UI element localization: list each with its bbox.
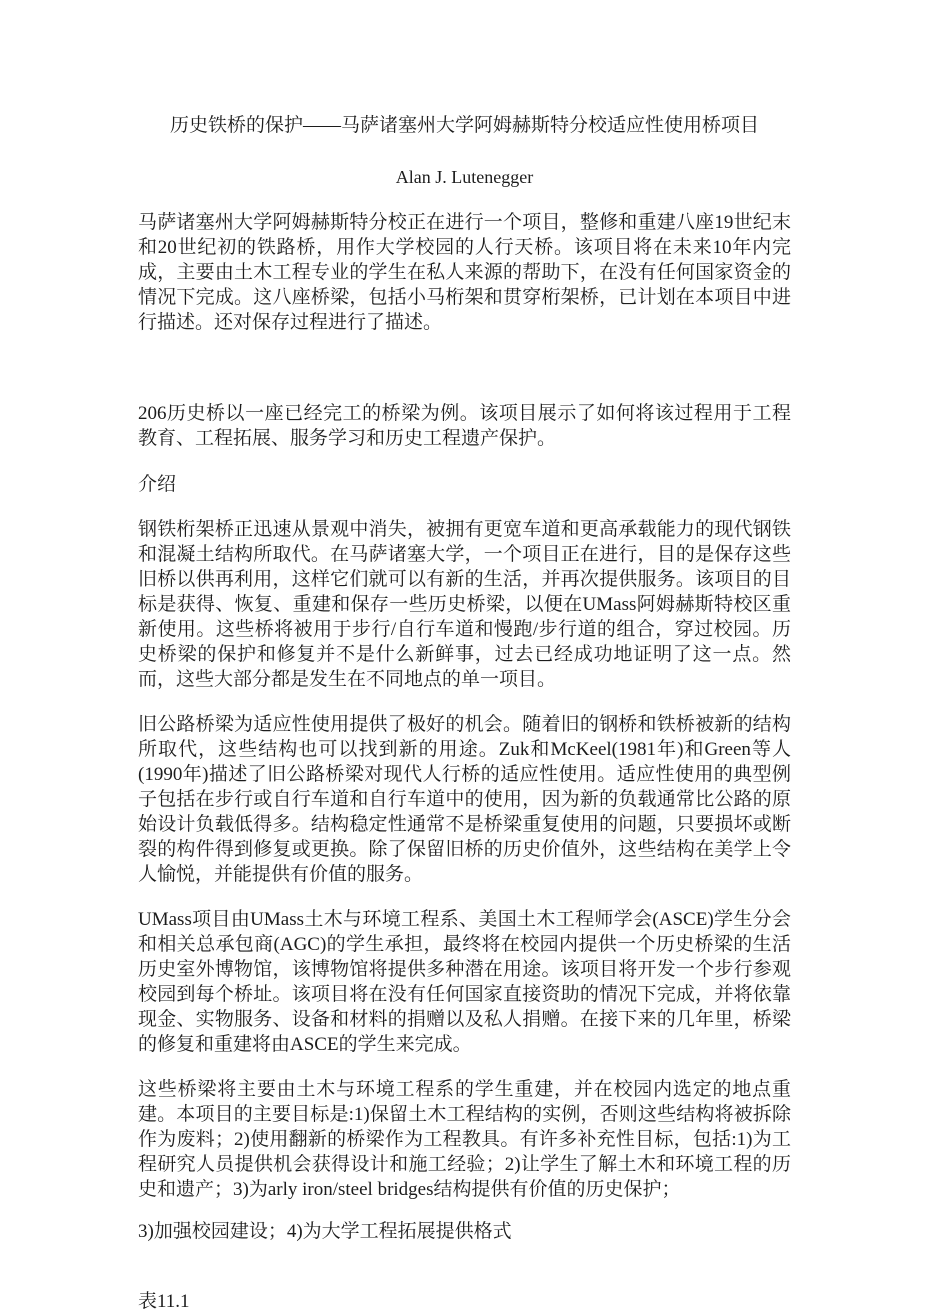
intro-paragraph-1: 钢铁桁架桥正迅速从景观中消失，被拥有更宽车道和更高承载能力的现代钢铁和混凝土结构… <box>138 517 791 692</box>
intro-paragraph-2: 旧公路桥梁为适应性使用提供了极好的机会。随着旧的钢桥和铁桥被新的结构所取代，这些… <box>138 712 791 887</box>
intro-section-heading: 介绍 <box>138 472 791 497</box>
intro-paragraph-4: 这些桥梁将主要由土木与环境工程系的学生重建，并在校园内选定的地点重建。本项目的主… <box>138 1077 791 1202</box>
page-note-paragraph: 206历史桥以一座已经完工的桥梁为例。该项目展示了如何将该过程用于工程教育、工程… <box>138 401 791 451</box>
author-line: Alan J. Lutenegger <box>138 165 791 190</box>
abstract-paragraph: 马萨诸塞州大学阿姆赫斯特分校正在进行一个项目，整修和重建八座19世纪末和20世纪… <box>138 210 791 335</box>
document-page: 历史铁桥的保护——马萨诸塞州大学阿姆赫斯特分校适应性使用桥项目 Alan J. … <box>0 0 926 1309</box>
document-title: 历史铁桥的保护——马萨诸塞州大学阿姆赫斯特分校适应性使用桥项目 <box>138 113 791 138</box>
intro-paragraph-3: UMass项目由UMass土木与环境工程系、美国土木工程师学会(ASCE)学生分… <box>138 907 791 1057</box>
objectives-continuation-line: 3)加强校园建设；4)为大学工程拓展提供格式 <box>138 1219 791 1244</box>
table-caption: 表11.1 <box>138 1289 791 1309</box>
